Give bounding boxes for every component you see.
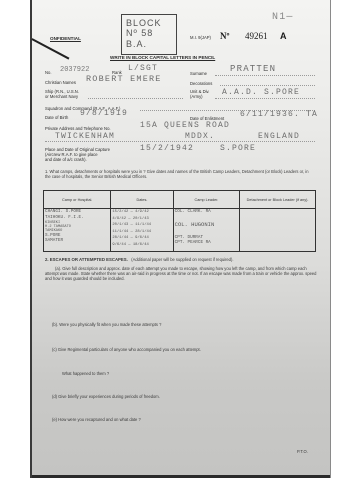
- corner-note: N1—: [272, 12, 294, 23]
- col-camp: Camp or Hospital.: [44, 191, 111, 209]
- unit-label-2: (Army): [190, 94, 203, 99]
- dob-value: 9/8/1919: [80, 109, 128, 118]
- confidential-label: ONFIDENTIAL: [50, 36, 81, 41]
- question-c: (c) Give Regimental particulars of anyon…: [52, 347, 201, 352]
- ship-line: [88, 98, 183, 99]
- question-d: (d) Give briefly your experiences during…: [52, 394, 160, 399]
- decorations-line: [220, 85, 315, 86]
- surname-value: PRATTEN: [230, 64, 276, 74]
- form-suffix: A: [280, 31, 287, 41]
- col-dates: Dates.: [111, 191, 173, 209]
- instruction: WRITE IN BLOCK CAPITAL LETTERS IN PENCIL: [110, 55, 215, 60]
- surname-line: [215, 75, 315, 76]
- section-1-question: 1. What camps, detachments or hospitals …: [45, 169, 315, 179]
- leader-entry: CPT. PEARCE RA: [175, 240, 239, 245]
- question-c-followup: What happened to them ?: [62, 371, 109, 376]
- camp-entry: SAMATER: [45, 238, 109, 243]
- form-number: 49261: [245, 31, 268, 41]
- address-line: [45, 141, 315, 142]
- address-line-2b: MDDX.: [185, 132, 215, 141]
- rank-value: L/SGT: [128, 64, 158, 73]
- decorations-label: Decorations: [190, 81, 212, 86]
- dates-cell: 15/2/42 — 4/9/42 4/9/42 — 20/1/43 20/1/4…: [111, 209, 173, 252]
- date-entry: 9/6/44 — 18/6/44: [112, 242, 171, 249]
- address-line-2a: TWICKENHAM: [55, 132, 115, 141]
- enlistment-value: 6/11/1936. TA: [240, 110, 318, 119]
- escapes-note: (Additional paper will be supplied on re…: [131, 257, 233, 262]
- leaders-cell: COL. CLARK. RA COL. HUGONIN CPT. DURRAT …: [173, 209, 240, 252]
- capture-date: 15/2/1942: [140, 144, 194, 153]
- camps-cell: CHANGI. S.PORE TAIHOKU. F.I.E. KINSEKI H…: [44, 209, 111, 252]
- pto-label: P.T.O.: [297, 449, 308, 454]
- camps-table: Camp or Hospital. Dates. Camp Leader. De…: [43, 190, 316, 252]
- unit-line: [215, 98, 315, 99]
- section-2-title: 2. ESCAPES OR ATTEMPTED ESCAPES. (Additi…: [45, 257, 233, 262]
- escapes-heading: 2. ESCAPES OR ATTEMPTED ESCAPES.: [45, 257, 128, 262]
- ship-label-2: or Merchant Navy: [45, 94, 78, 99]
- unit-value: A.A.D. S.PORE: [222, 88, 300, 97]
- capture-place: S.PORE: [220, 144, 256, 153]
- dob-label: Date of Birth: [45, 115, 68, 120]
- address-label: Private Address and Telephone No.: [45, 126, 111, 131]
- block-leaders-cell: [240, 209, 316, 252]
- stamp-line-3: B.A.: [122, 38, 176, 49]
- stamp-line-1: BLOCK: [122, 15, 176, 28]
- col-block-leader: Detachment or Block Leader (if any).: [240, 191, 316, 209]
- address-line-2c: ENGLAND: [258, 132, 300, 141]
- question-e: (e) How were you recaptured and on what …: [52, 417, 141, 422]
- col-camp-leader: Camp Leader.: [173, 191, 240, 209]
- no-label: No.: [45, 70, 52, 75]
- form-prefix: M.I. 9(JAP): [190, 35, 211, 40]
- block-stamp: BLOCK Nº 58 B.A.: [121, 14, 177, 55]
- christian-names-label: Christian Names: [45, 80, 76, 85]
- christian-names-value: ROBERT EMERE: [86, 74, 162, 84]
- stamp-line-2: Nº 58: [122, 28, 176, 38]
- capture-label-3: and date of a/c crash).: [45, 157, 87, 162]
- question-a: (a). Give full description and approx. d…: [45, 266, 317, 281]
- number-symbol: Nº: [220, 31, 229, 41]
- surname-label: Surname: [190, 71, 207, 76]
- address-line-1: 15A QUEENS ROAD: [140, 121, 230, 130]
- question-b: (b). Were you physically fit when you ma…: [52, 322, 161, 327]
- no-value: 2037922: [60, 66, 89, 74]
